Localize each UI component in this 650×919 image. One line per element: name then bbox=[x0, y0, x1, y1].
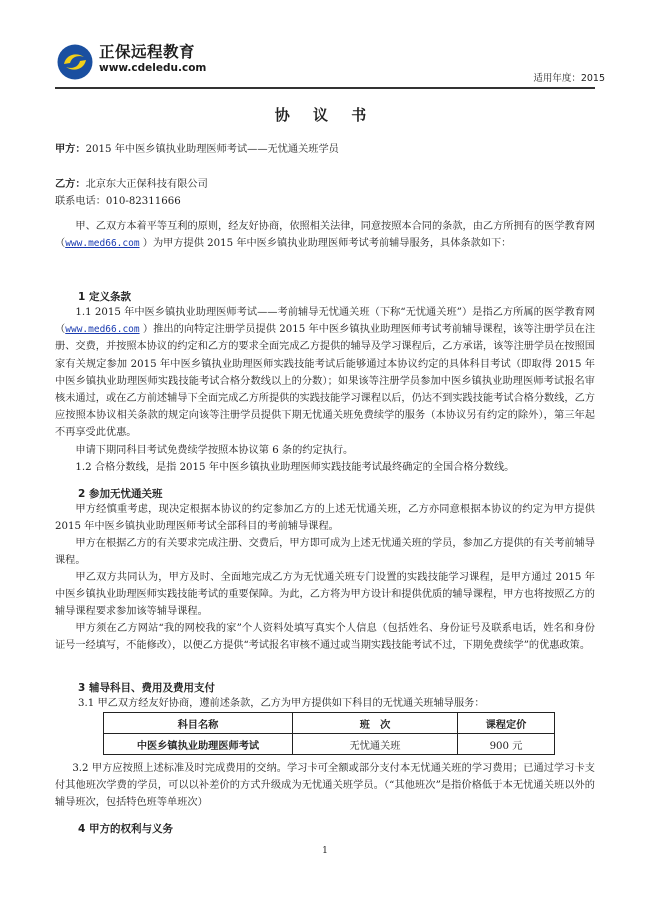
section-4-heading: 4 甲方的权利与义务 bbox=[78, 821, 173, 836]
cell-class: 无忧通关班 bbox=[293, 734, 458, 755]
party-a-value: 2015 年中医乡镇执业助理医师考试——无忧通关班学员 bbox=[86, 144, 339, 155]
med66-link-2[interactable]: www.med66.com bbox=[65, 324, 139, 335]
cell-subject: 中医乡镇执业助理医师考试 bbox=[104, 734, 293, 755]
party-a: 甲方：2015 年中医乡镇执业助理医师考试——无忧通关班学员 bbox=[55, 141, 339, 158]
section-2-paragraph: 甲方在根据乙方的有关要求完成注册、交费后，甲方即可成为上述无忧通关班的学员，参加… bbox=[55, 535, 595, 569]
clause-1-1: 1.1 2015 年中医乡镇执业助理医师考试——考前辅导无忧通关班（下称“无忧通… bbox=[55, 304, 595, 442]
clause-1-2: 1.2 合格分数线，是指 2015 年中医乡镇执业助理医师实践技能考试最终确定的… bbox=[55, 459, 595, 476]
section-2-heading: 2 参加无忧通关班 bbox=[78, 486, 162, 501]
party-b-label: 乙方： bbox=[55, 179, 86, 190]
document-title: 协 议 书 bbox=[0, 104, 650, 125]
header-divider bbox=[55, 87, 595, 89]
brand-url: www.cdeledu.com bbox=[99, 62, 206, 75]
brand: 正保远程教育 www.cdeledu.com bbox=[99, 43, 206, 75]
clause-3-1: 3.1 甲乙双方经友好协商，遵前述条款，乙方为甲方提供如下科目的无忧通关班辅导服… bbox=[78, 695, 598, 712]
col-class: 班 次 bbox=[293, 713, 458, 734]
cell-price: 900 元 bbox=[458, 734, 555, 755]
clause-1-1-text-end: ）推出的向特定注册学员提供 2015 年中医乡镇执业助理医师考试考前辅导课程，该… bbox=[55, 324, 595, 438]
section-3-heading: 3 辅导科目、费用及费用支付 bbox=[78, 680, 215, 695]
table-header-row: 科目名称 班 次 课程定价 bbox=[104, 713, 555, 734]
contact-phone: 联系电话：010-82311666 bbox=[55, 193, 181, 210]
party-b: 乙方：北京东大正保科技有限公司 bbox=[55, 176, 208, 193]
section-2-paragraph: 甲方须在乙方网站“我的网校我的家”个人资料处填写真实个人信息（包括姓名、身份证号… bbox=[55, 620, 595, 654]
col-price: 课程定价 bbox=[458, 713, 555, 734]
party-a-label: 甲方： bbox=[55, 144, 86, 155]
party-b-value: 北京东大正保科技有限公司 bbox=[86, 179, 208, 190]
med66-link[interactable]: www.med66.com bbox=[65, 238, 139, 249]
applicable-year: 适用年度：2015 bbox=[533, 70, 605, 84]
clause-1-1-note: 申请下期同科目考试免费续学按照本协议第 6 条的约定执行。 bbox=[55, 442, 595, 459]
table-row: 中医乡镇执业助理医师考试 无忧通关班 900 元 bbox=[104, 734, 555, 755]
section-2-paragraph: 甲方经慎重考虑，现决定根据本协议的约定参加乙方的上述无忧通关班，乙方亦同意根据本… bbox=[55, 501, 595, 535]
col-subject: 科目名称 bbox=[104, 713, 293, 734]
brand-name: 正保远程教育 bbox=[99, 43, 206, 62]
cdeledu-logo-icon bbox=[57, 44, 93, 80]
fee-table: 科目名称 班 次 课程定价 中医乡镇执业助理医师考试 无忧通关班 900 元 bbox=[103, 712, 555, 755]
intro-paragraph: 甲、乙双方本着平等互利的原则，经友好协商，依照相关法律，同意按照本合同的条款，由… bbox=[55, 218, 595, 252]
section-1-heading: 1 定义条款 bbox=[78, 289, 131, 304]
intro-text-end: ）为甲方提供 2015 年中医乡镇执业助理医师考试考前辅导服务，具体条款如下： bbox=[140, 238, 512, 249]
page-number: 1 bbox=[0, 846, 650, 856]
page-header: 正保远程教育 www.cdeledu.com 适用年度：2015 bbox=[45, 40, 620, 84]
clause-3-2: 3.2 甲方应按照上述标准及时完成费用的交纳。学习卡可全额或部分支付本无忧通关班… bbox=[55, 760, 595, 812]
section-2-paragraph: 甲乙双方共同认为，甲方及时、全面地完成乙方为无忧通关班专门设置的实践技能学习课程… bbox=[55, 569, 595, 621]
